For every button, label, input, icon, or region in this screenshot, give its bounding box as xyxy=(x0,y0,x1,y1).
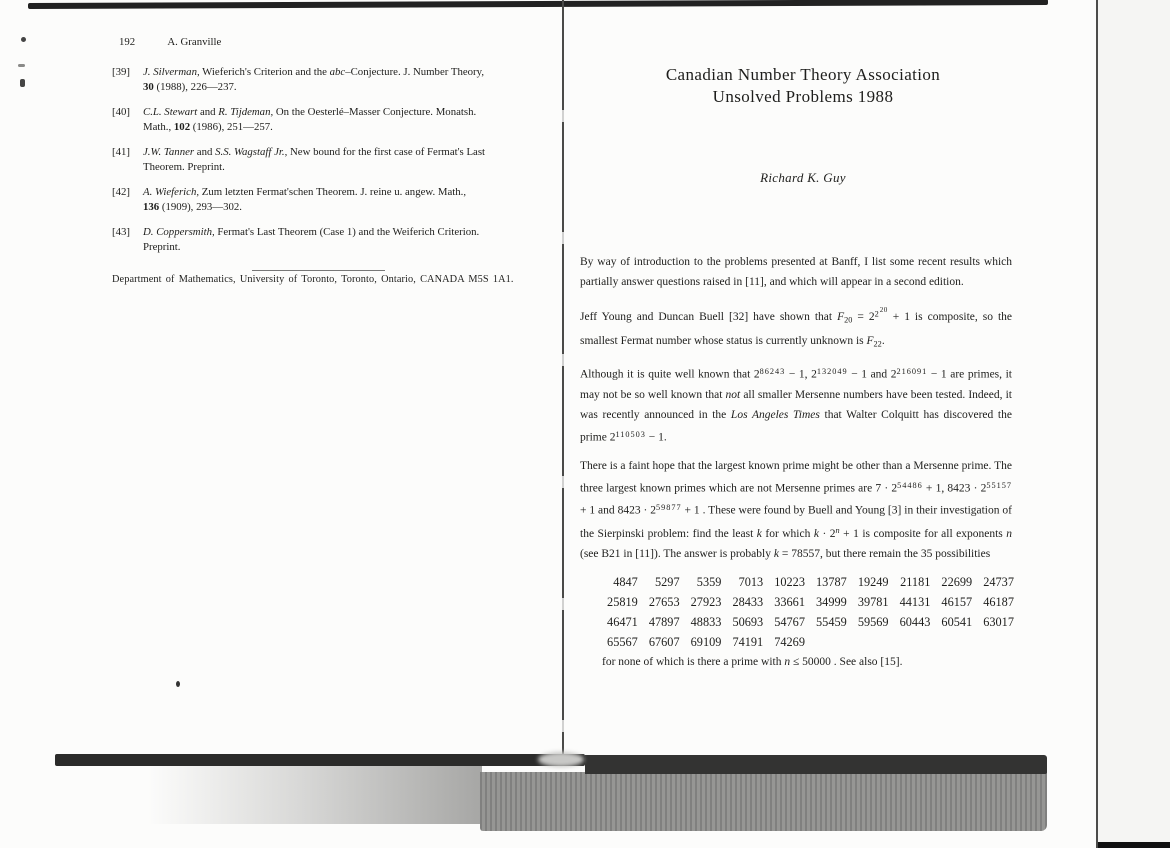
left-page-header: 192 A. Granville xyxy=(112,36,532,48)
reference-item: [41] J.W. Tanner and S.S. Wagstaff Jr., … xyxy=(112,145,532,174)
table-cell: 60443 xyxy=(889,612,931,632)
reference-item: [43] D. Coppersmith, Fermat's Last Theor… xyxy=(112,225,532,254)
table-cell: 46187 xyxy=(972,592,1014,612)
table-cell: 50693 xyxy=(721,612,763,632)
table-cell: 74269 xyxy=(763,632,805,652)
table-cell: 69109 xyxy=(680,632,722,652)
table-cell: 25819 xyxy=(596,592,638,612)
paragraph: Although it is quite well known that 286… xyxy=(580,362,1012,447)
reference-label: [39] xyxy=(112,65,143,94)
table-cell: 33661 xyxy=(763,592,805,612)
reference-item: [42] A. Wieferich, Zum letzten Fermat'sc… xyxy=(112,185,532,214)
ink-dot xyxy=(176,681,180,687)
bottom-right-corner-strip xyxy=(1098,842,1170,848)
affiliation-footnote: Department of Mathematics, University of… xyxy=(112,274,532,285)
table-cell: 5297 xyxy=(638,572,680,592)
paragraph: There is a faint hope that the largest k… xyxy=(580,456,1012,565)
title-line-2: Unsolved Problems 1988 xyxy=(588,86,1018,108)
table-cell: 47897 xyxy=(638,612,680,632)
table-row: 4847529753597013102231378719249211812269… xyxy=(596,572,1012,592)
left-page: 192 A. Granville [39] J. Silverman, Wief… xyxy=(112,36,532,285)
table-cell: 19249 xyxy=(847,572,889,592)
reference-label: [42] xyxy=(112,185,143,214)
table-cell: 34999 xyxy=(805,592,847,612)
scan-top-edge xyxy=(28,0,1048,9)
reference-label: [43] xyxy=(112,225,143,254)
reference-list: [39] J. Silverman, Wieferich's Criterion… xyxy=(112,65,532,254)
table-cell: 13787 xyxy=(805,572,847,592)
reference-item: [40] C.L. Stewart and R. Tijdeman, On th… xyxy=(112,105,532,134)
scan-speck xyxy=(18,64,25,67)
page-edge-shadow-left xyxy=(148,766,482,824)
table-row: 6556767607691097419174269 xyxy=(596,632,1012,652)
reference-item: [39] J. Silverman, Wieferich's Criterion… xyxy=(112,65,532,94)
table-cell: 59569 xyxy=(847,612,889,632)
table-cell: 44131 xyxy=(889,592,931,612)
reference-text: D. Coppersmith, Fermat's Last Theorem (C… xyxy=(143,225,532,254)
reference-text: J. Silverman, Wieferich's Criterion and … xyxy=(143,65,532,94)
title-line-1: Canadian Number Theory Association xyxy=(588,64,1018,86)
table-cell: 46157 xyxy=(930,592,972,612)
table-cell: 65567 xyxy=(596,632,638,652)
reference-text: A. Wieferich, Zum letzten Fermat'schen T… xyxy=(143,185,532,214)
table-cell: 28433 xyxy=(721,592,763,612)
sierpinski-candidates-table: 4847529753597013102231378719249211812269… xyxy=(596,572,1012,652)
article-title: Canadian Number Theory Association Unsol… xyxy=(588,64,1018,108)
table-cell: 60541 xyxy=(930,612,972,632)
reference-label: [40] xyxy=(112,105,143,134)
reference-text: J.W. Tanner and S.S. Wagstaff Jr., New b… xyxy=(143,145,532,174)
table-cell: 5359 xyxy=(680,572,722,592)
reference-label: [41] xyxy=(112,145,143,174)
table-cell: 10223 xyxy=(763,572,805,592)
author-name: Richard K. Guy xyxy=(588,170,1018,186)
footnote-rule xyxy=(252,270,385,271)
page-edge-shadow-right xyxy=(480,772,1047,831)
table-cell: 39781 xyxy=(847,592,889,612)
table-cell: 67607 xyxy=(638,632,680,652)
scanned-book-spread: 192 A. Granville [39] J. Silverman, Wief… xyxy=(0,0,1170,848)
book-spine-fold xyxy=(562,0,564,757)
running-head: A. Granville xyxy=(167,36,221,48)
table-cell: 27653 xyxy=(638,592,680,612)
table-cell: 46471 xyxy=(596,612,638,632)
table-row: 2581927653279232843333661349993978144131… xyxy=(596,592,1012,612)
table-cell: 63017 xyxy=(972,612,1014,632)
page-number: 192 xyxy=(119,36,135,48)
table-row: 4647147897488335069354767554595956960443… xyxy=(596,612,1012,632)
reference-text: C.L. Stewart and R. Tijdeman, On the Oes… xyxy=(143,105,532,134)
table-cell: 74191 xyxy=(721,632,763,652)
bottom-scan-bar-left xyxy=(55,754,585,766)
paragraph: By way of introduction to the problems p… xyxy=(580,252,1012,292)
closing-line: for none of which is there a prime with … xyxy=(602,652,1012,672)
table-cell: 48833 xyxy=(680,612,722,632)
article-body: By way of introduction to the problems p… xyxy=(580,252,1012,672)
table-cell: 54767 xyxy=(763,612,805,632)
paragraph: Jeff Young and Duncan Buell [32] have sh… xyxy=(580,300,1012,354)
table-cell: 55459 xyxy=(805,612,847,632)
table-cell: 4847 xyxy=(596,572,638,592)
table-cell: 21181 xyxy=(889,572,931,592)
scanner-margin-right xyxy=(1098,0,1170,848)
bottom-scan-bar-right xyxy=(585,755,1047,774)
scan-speck xyxy=(20,79,25,87)
scan-light-blob xyxy=(538,752,584,767)
scan-speck xyxy=(21,37,26,42)
page-edge-line xyxy=(1096,0,1098,848)
table-cell: 27923 xyxy=(680,592,722,612)
paragraph-list: By way of introduction to the problems p… xyxy=(580,252,1012,564)
table-cell: 7013 xyxy=(721,572,763,592)
table-cell: 24737 xyxy=(972,572,1014,592)
table-cell: 22699 xyxy=(930,572,972,592)
